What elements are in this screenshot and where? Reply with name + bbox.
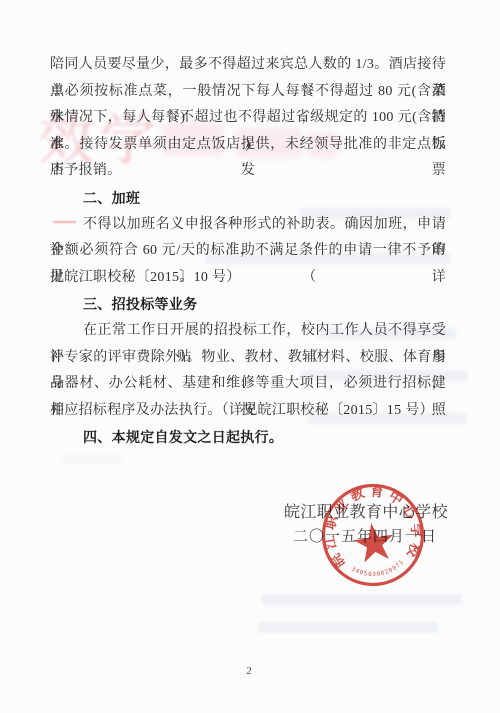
section-heading: 二、加班	[50, 185, 446, 212]
body-line: 准。接待发票单须由定点饭店提供，未经领导批准的非定点饭店发票	[50, 132, 446, 159]
reverse-text-showthrough	[262, 594, 462, 605]
page-number: 2	[234, 665, 264, 677]
reverse-text-showthrough	[62, 455, 122, 464]
seal-arc-text: 皖江职业教育中心学校	[315, 476, 429, 573]
body-line: 殊情况下，每人每餐不超过也不得超过省级规定的 100 元(含酒水)标	[50, 105, 446, 132]
body-line: 不得以加班名义申报各种形式的补助表。确因加班，申请补助的	[50, 212, 446, 239]
reverse-text-showthrough	[258, 622, 438, 633]
official-seal: 皖江职业教育中心学校 3405030020071	[311, 473, 435, 597]
section-heading: 四、本规定自发文之日起执行。	[50, 424, 446, 451]
section-heading: 三、招投标等业务	[50, 291, 446, 318]
body-line: 身器材、办公耗材、基建和维修等重大项目，必须进行招标，并按照	[50, 371, 446, 398]
document-body: 陪同人员要尽量少，最多不得超过来宾总人数的 1/3。酒店接待点菜 单必须按标准点…	[50, 52, 446, 451]
seal-star-icon	[352, 520, 397, 563]
body-line: 单必须按标准点菜，一般情况下每人每餐不得超过 80 元(含酒水)，特	[50, 79, 446, 106]
body-line: 评专家的评审费除外）。物业、教材、教辅材料、校服、体育用品、健	[50, 345, 446, 372]
scanned-document-page: 效学 陪同人员要尽量少，最多不得超过来宾总人数的 1/3。酒店接待点菜 单必须按…	[0, 0, 500, 713]
body-line: 在正常工作日开展的招投标工作，校内工作人员不得享受补贴（参	[50, 318, 446, 345]
body-line: 相应招标程序及办法执行。（详见皖江职校秘〔2015〕15 号）	[50, 398, 446, 425]
body-line: 陪同人员要尽量少，最多不得超过来宾总人数的 1/3。酒店接待点菜	[50, 52, 446, 79]
body-line: 金额必须符合 60 元/天的标准，不满足条件的申请一律不予审批。（详	[50, 238, 446, 265]
